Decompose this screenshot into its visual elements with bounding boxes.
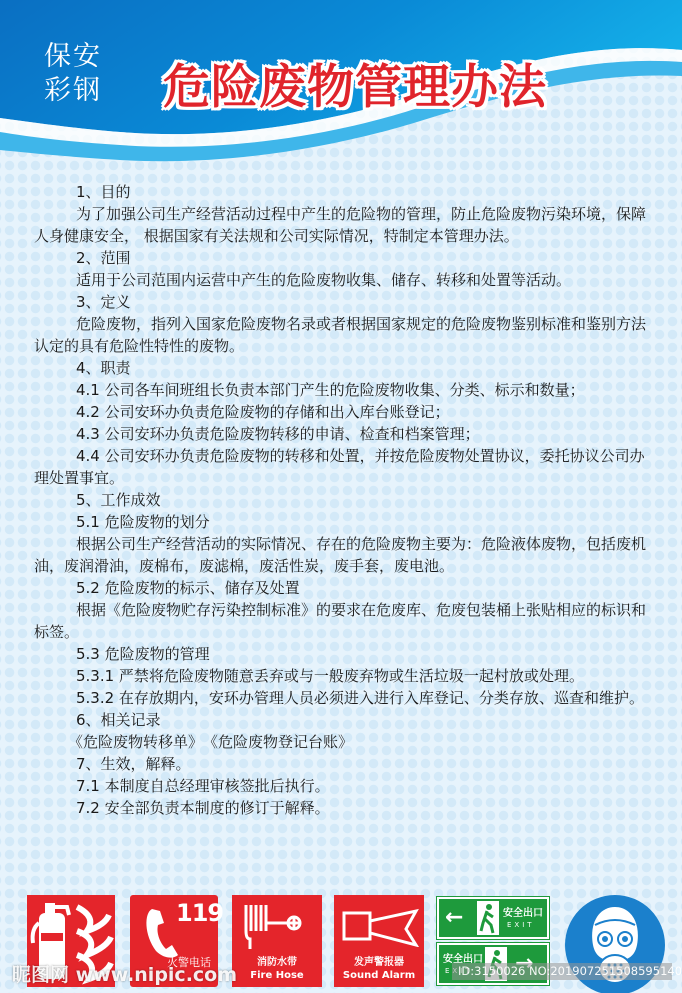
fire-hose-label-cn: 消防水带 bbox=[232, 957, 322, 969]
document-body: 1、目的 为了加强公司生产经营活动过程中产生的危险物的管理，防止危险废物污染环境… bbox=[34, 181, 648, 819]
horn-icon bbox=[340, 907, 420, 947]
brand-logo-text: 保安 彩钢 bbox=[44, 40, 124, 108]
section-4-heading: 4、职责 bbox=[34, 357, 648, 379]
section-5-2-body: 根据《危险废物贮存污染控制标准》的要求在危废库、危废包装桶上张贴相应的标识和标签… bbox=[34, 599, 648, 643]
section-5-3-1: 5.3.1 严禁将危险废物随意丢弃或与一般废弃物或生活垃圾一起村放或处理。 bbox=[34, 665, 648, 687]
section-5-1-body: 根据公司生产经营活动的实际情况、存在的危险废物主要为：危险液体废物，包括废机油，… bbox=[34, 533, 648, 577]
sign-sound-alarm: 发声警报器 Sound Alarm bbox=[334, 895, 424, 987]
fire-phone-number: 119 bbox=[176, 899, 223, 927]
sound-alarm-label-cn: 发声警报器 bbox=[334, 957, 424, 969]
section-7-1: 7.1 本制度自总经理审核签批后执行。 bbox=[34, 775, 648, 797]
section-5-3-heading: 5.3 危险废物的管理 bbox=[34, 643, 648, 665]
section-4-1: 4.1 公司各车间班组长负责本部门产生的危险废物收集、分类、标示和数量； bbox=[34, 379, 648, 401]
brand-line-1: 保安 bbox=[44, 40, 124, 74]
section-4-4: 4.4 公司安环办负责危险废物的转移和处置，并按危险废物处置协议，委托协议公司办… bbox=[34, 445, 648, 489]
arrow-left-icon: ← bbox=[445, 905, 463, 930]
section-1-heading: 1、目的 bbox=[34, 181, 648, 203]
section-3-heading: 3、定义 bbox=[34, 291, 648, 313]
section-6-body: 《危险废物转移单》 《危险废物登记台账》 bbox=[34, 731, 648, 753]
section-3-body: 危险废物，指列入国家危险废物名录或者根据国家规定的危险废物鉴别标准和鉴别方法认定… bbox=[34, 313, 648, 357]
section-4-3: 4.3 公司安环办负责危险废物转移的申请、检查和档案管理； bbox=[34, 423, 648, 445]
section-5-2-heading: 5.2 危险废物的标示、储存及处置 bbox=[34, 577, 648, 599]
section-2-heading: 2、范围 bbox=[34, 247, 648, 269]
section-5-3-2: 5.3.2 在存放期内，安环办管理人员必须进入进行入库登记、分类存放、巡查和维护… bbox=[34, 687, 648, 709]
watermark-id: ID:3150026 NO:20190725150859514000 bbox=[452, 963, 672, 980]
running-man-icon bbox=[477, 901, 499, 935]
sound-alarm-label-en: Sound Alarm bbox=[334, 970, 424, 982]
section-5-1-heading: 5.1 危险废物的划分 bbox=[34, 511, 648, 533]
section-7-heading: 7、生效，解释。 bbox=[34, 753, 648, 775]
section-6-heading: 6、相关记录 bbox=[34, 709, 648, 731]
fire-hose-icon bbox=[240, 901, 310, 951]
header-banner: 保安 彩钢 危险废物管理办法 bbox=[0, 0, 682, 175]
page-title: 危险废物管理办法 bbox=[163, 50, 547, 117]
exit-left-label-cn: 安全出口 bbox=[503, 904, 543, 919]
sign-exit-left: ← 安全出口 EXIT bbox=[437, 897, 549, 939]
section-2-body: 适用于公司范围内运营中产生的危险废物收集、储存、转移和处置等活动。 bbox=[34, 269, 648, 291]
section-1-body: 为了加强公司生产经营活动过程中产生的危险物的管理，防止危险废物污染环境，保障人身… bbox=[34, 203, 648, 247]
fire-hose-label-en: Fire Hose bbox=[232, 970, 322, 982]
sign-fire-hose: 消防水带 Fire Hose bbox=[232, 895, 322, 987]
exit-left-label-en: EXIT bbox=[507, 921, 535, 929]
section-5-heading: 5、工作成效 bbox=[34, 489, 648, 511]
watermark-nipic: 昵图网 www.nipic.com bbox=[12, 960, 237, 987]
section-4-2: 4.2 公司安环办负责危险废物的存储和出入库台账登记； bbox=[34, 401, 648, 423]
section-7-2: 7.2 安全部负责本制度的修订于解释。 bbox=[34, 797, 648, 819]
brand-line-2: 彩钢 bbox=[44, 74, 124, 108]
